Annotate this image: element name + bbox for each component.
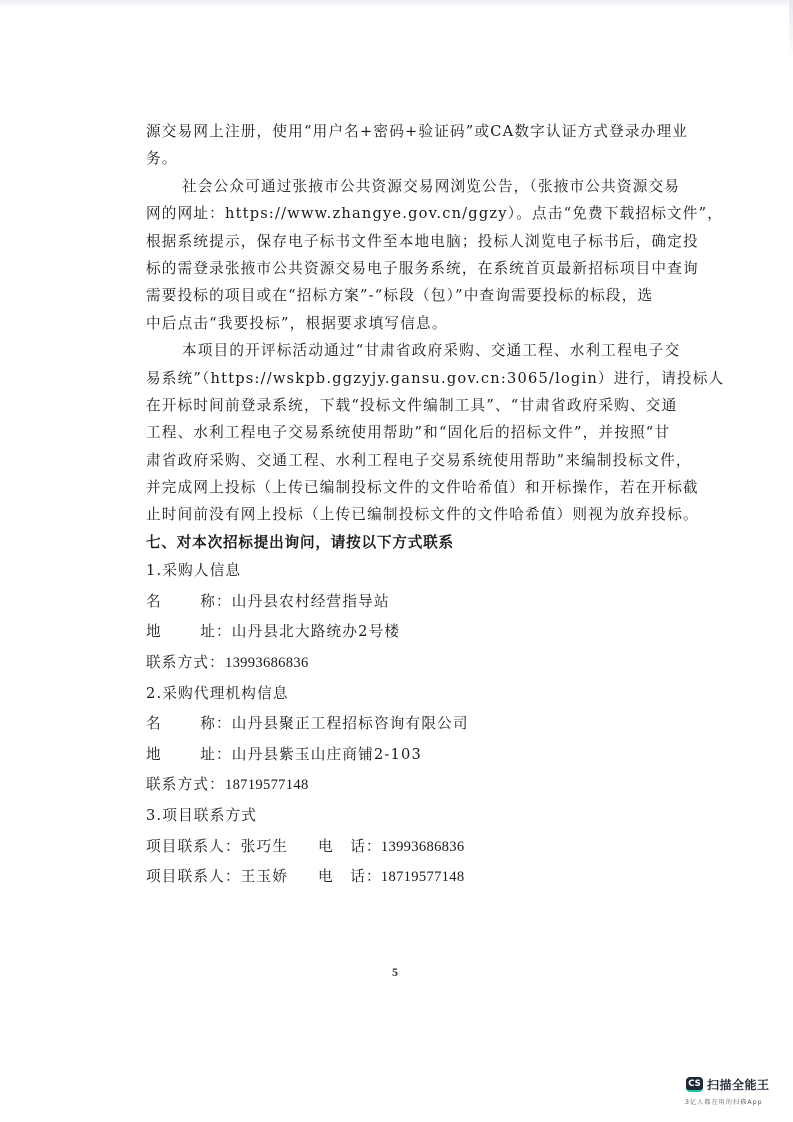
- text-line: 止时间前没有网上投标（上传已编制投标文件的文件哈希值）则视为放弃投标。: [146, 501, 656, 528]
- purchaser-address-value: ：山丹县北大路统办2号楼: [216, 617, 400, 648]
- project-contacts-title: 3.项目联系方式: [146, 801, 656, 832]
- contact-label: 联系方式：: [146, 770, 225, 801]
- person-cell: 项目联系人：张巧生: [146, 832, 318, 863]
- paragraph-public-access: 社会公众可通过张掖市公共资源交易网浏览公告，（张掖市公共资源交易 网的网址：ht…: [146, 173, 656, 337]
- address-label-a: 地: [146, 617, 162, 648]
- text-line: 易系统”（https://wskpb.ggzyjy.gansu.gov.cn:3…: [146, 365, 656, 392]
- name-label-b: 称: [200, 587, 216, 618]
- text-line: 在开标时间前登录系统，下载“投标文件编制工具”、“甘肃省政府采购、交通: [146, 392, 656, 419]
- agency-name-value: ：山丹县聚正工程招标咨询有限公司: [216, 709, 469, 740]
- text-line: 务。: [146, 145, 656, 172]
- agency-phone: 18719577148: [225, 770, 309, 801]
- project-contact-row: 项目联系人：张巧生 电话 ：13993686836: [146, 832, 656, 863]
- paragraph-bid-opening: 本项目的开评标活动通过“甘肃省政府采购、交通工程、水利工程电子交 易系统”（ht…: [146, 337, 656, 529]
- purchaser-name-row: 名称 ：山丹县农村经营指导站: [146, 587, 656, 618]
- person-cell: 项目联系人：王玉娇: [146, 862, 318, 893]
- person-label: 项目联系人：: [146, 838, 241, 855]
- project-contact-row: 项目联系人：王玉娇 电话 ：18719577148: [146, 862, 656, 893]
- section-heading: 七、对本次招标提出询问，请按以下方式联系: [146, 529, 656, 556]
- purchaser-info: 1.采购人信息 名称 ：山丹县农村经营指导站 地址 ：山丹县北大路统办2号楼 联…: [146, 556, 656, 678]
- text-line: 本项目的开评标活动通过“甘肃省政府采购、交通工程、水利工程电子交: [146, 337, 656, 364]
- text-line: 并完成网上投标（上传已编制投标文件的文件哈希值）和开标操作，若在开标截: [146, 474, 656, 501]
- address-label-a: 地: [146, 740, 162, 771]
- purchaser-contact-row: 联系方式： 13993686836: [146, 648, 656, 679]
- purchaser-name-value: ：山丹县农村经营指导站: [216, 587, 390, 618]
- address-label-b: 址: [200, 617, 216, 648]
- phone-label: 电话: [318, 862, 366, 893]
- phone-label-a: 电: [318, 832, 334, 863]
- agency-address-row: 地址 ：山丹县紫玉山庄商铺2-103: [146, 740, 656, 771]
- text-line: 中后点击“我要投标”，根据要求填写信息。: [146, 310, 656, 337]
- person-label: 项目联系人：: [146, 868, 241, 885]
- name-label-a: 名: [146, 709, 162, 740]
- phone-label-b: 话: [350, 862, 366, 893]
- camscanner-app-name: 扫描全能王: [707, 1076, 770, 1093]
- agency-address-value: ：山丹县紫玉山庄商铺2-103: [216, 740, 422, 771]
- agency-title-text: 2.采购代理机构信息: [146, 679, 289, 710]
- text-line: 需要投标的项目或在“招标方案”-“标段（包）”中查询需要投标的标段，选: [146, 282, 656, 309]
- purchaser-address-row: 地址 ：山丹县北大路统办2号楼: [146, 617, 656, 648]
- scan-right-edge: [789, 0, 793, 60]
- address-label-b: 址: [200, 740, 216, 771]
- agency-info: 2.采购代理机构信息 名称 ：山丹县聚正工程招标咨询有限公司 地址 ：山丹县紫玉…: [146, 679, 656, 801]
- contact-label: 联系方式：: [146, 648, 225, 679]
- text-line: 源交易网上注册，使用“用户名+密码+验证码”或CA数字认证方式登录办理业: [146, 118, 656, 145]
- text-line: 工程、水利工程电子交易系统使用帮助”和“固化后的招标文件”，并按照“甘: [146, 419, 656, 446]
- name-label-a: 名: [146, 587, 162, 618]
- camscanner-watermark: CS 扫描全能王: [686, 1076, 770, 1093]
- text-line: 网的网址：https://www.zhangye.gov.cn/ggzy）。点击…: [146, 200, 656, 227]
- camscanner-tagline: 3亿人都在用的扫描App: [685, 1097, 763, 1106]
- phone-label-a: 电: [318, 862, 334, 893]
- text-line: 社会公众可通过张掖市公共资源交易网浏览公告，（张掖市公共资源交易: [146, 173, 656, 200]
- page-number: 5: [392, 965, 398, 980]
- agency-name-row: 名称 ：山丹县聚正工程招标咨询有限公司: [146, 709, 656, 740]
- scan-top-edge: [0, 0, 793, 8]
- person-name: 张巧生: [241, 838, 288, 855]
- text-line: 根据系统提示，保存电子标书文件至本地电脑；投标人浏览电子标书后，确定投: [146, 228, 656, 255]
- person-phone: ：13993686836: [366, 832, 464, 863]
- text-line: 标的需登录张掖市公共资源交易电子服务系统，在系统首页最新招标项目中查询: [146, 255, 656, 282]
- phone-label: 电话: [318, 832, 366, 863]
- address-label: 地址: [146, 617, 216, 648]
- agency-title: 2.采购代理机构信息: [146, 679, 656, 710]
- purchaser-title: 1.采购人信息: [146, 556, 656, 587]
- document-page: 源交易网上注册，使用“用户名+密码+验证码”或CA数字认证方式登录办理业 务。 …: [146, 118, 656, 893]
- project-contacts: 3.项目联系方式 项目联系人：张巧生 电话 ：13993686836 项目联系人…: [146, 801, 656, 893]
- text-line: 肃省政府采购、交通工程、水利工程电子交易系统使用帮助”来编制投标文件，: [146, 447, 656, 474]
- person-phone: ：18719577148: [366, 862, 464, 893]
- camscanner-logo-icon: CS: [686, 1077, 703, 1092]
- name-label-b: 称: [200, 709, 216, 740]
- person-name: 王玉娇: [241, 868, 288, 885]
- name-label: 名称: [146, 587, 216, 618]
- name-label: 名称: [146, 709, 216, 740]
- paragraph-registration: 源交易网上注册，使用“用户名+密码+验证码”或CA数字认证方式登录办理业 务。: [146, 118, 656, 173]
- project-contacts-title-text: 3.项目联系方式: [146, 801, 257, 832]
- purchaser-title-text: 1.采购人信息: [146, 556, 241, 587]
- purchaser-phone: 13993686836: [225, 648, 309, 679]
- phone-label-b: 话: [350, 832, 366, 863]
- address-label: 地址: [146, 740, 216, 771]
- agency-contact-row: 联系方式： 18719577148: [146, 770, 656, 801]
